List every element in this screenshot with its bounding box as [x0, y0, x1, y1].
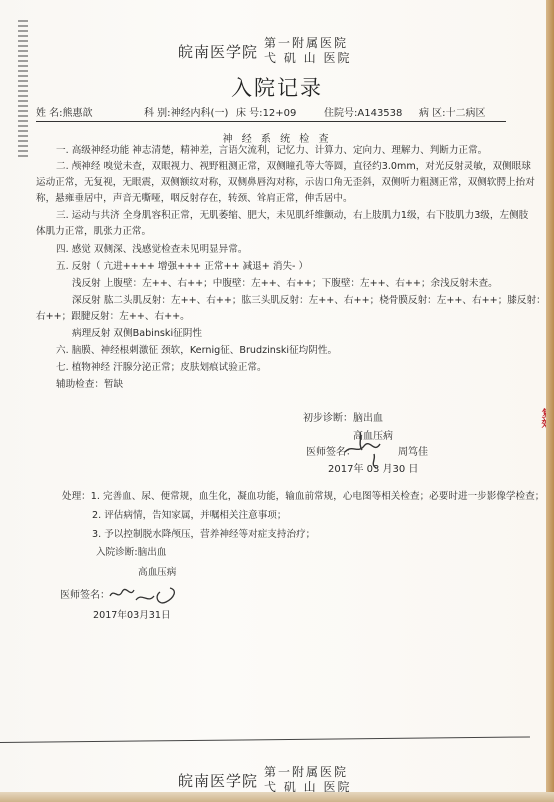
footer-hospital-names: 第一附属医院 弋 矶 山 医院	[264, 765, 351, 795]
label: 初步诊断：	[303, 413, 353, 424]
footer-header: 皖南医学院 第一附属医院 弋 矶 山 医院	[178, 765, 351, 795]
patient-info-row: 姓 名:熊惠歆 科 别:神经内科(一) 床 号:12+09 住院号:A14353…	[36, 104, 506, 122]
label: 病 区:	[419, 108, 446, 119]
signature-scribble-icon	[108, 582, 188, 612]
hospital-header: 皖南医学院 第一附属医院 弋 矶 山 医院	[178, 36, 351, 66]
label: 住院号:	[324, 108, 357, 119]
treatment-line: 处理：1. 完善血、尿、便常规，血生化，凝血功能，输血前常规，心电图等相关检查；…	[62, 490, 544, 503]
value: 12+09	[263, 108, 297, 119]
exam-line: 深反射 肱二头肌反射：左++、右++；肱三头肌反射：左++、右++；桡骨膜反射：…	[72, 294, 554, 307]
department: 科 别:神经内科(一)	[144, 104, 228, 119]
admission-date: 2017年03月31日	[93, 609, 171, 622]
value: A143538	[357, 108, 402, 119]
exam-line: 浅反射 上腹壁：左++、右++；中腹壁：左++、右++；下腹壁：左++、右++；…	[72, 277, 498, 290]
label: 入院诊断:	[96, 547, 138, 558]
treatment-line: 2. 评估病情，告知家属，并嘱相关注意事项；	[92, 509, 286, 522]
label: 医师签名：	[60, 590, 110, 601]
exam-line: 七. 植物神经 汗腺分泌正常；皮肤划痕试验正常。	[56, 361, 267, 374]
exam-line: 右++；跟腱反射：左++、右++。	[36, 310, 190, 323]
exam-line: 二. 颅神经 嗅觉未查，双眼视力、视野粗测正常，双侧瞳孔等大等圆，直径约3.0m…	[56, 160, 531, 173]
patient-name: 姓 名:熊惠歆	[36, 104, 93, 119]
exam-line: 三. 运动与共济 全身肌容积正常，无肌萎缩、肥大，未见肌纤维颤动，右上肢肌力1级…	[56, 209, 528, 222]
document-page: 皖南医学院 第一附属医院 弋 矶 山 医院 入院记录 姓 名:熊惠歆 科 别:神…	[0, 0, 546, 792]
hospital-names: 第一附属医院 弋 矶 山 医院	[264, 36, 351, 66]
bed-number: 床 号:12+09	[236, 104, 296, 119]
value: 脑出血	[138, 547, 167, 558]
ward: 病 区:十二病区	[419, 104, 486, 119]
hospital-line-2: 弋 矶 山 医院	[264, 51, 351, 66]
exam-line: 五. 反射（ 亢进++++ 增强+++ 正常++ 减退+ 消失- ）	[56, 260, 308, 273]
admission-diagnosis-2: 高血压病	[138, 566, 176, 579]
admission-signature: 医师签名：	[60, 589, 110, 602]
exam-line: 辅助检查：暂缺	[56, 378, 123, 391]
footer-hospital-line-1: 第一附属医院	[264, 765, 351, 780]
value: 十二病区	[446, 108, 486, 119]
value: 神经内科(一)	[171, 108, 229, 119]
exam-line: 运动正常，无复视，无眼震，双侧额纹对称，双侧鼻唇沟对称，示齿口角无歪斜，双侧听力…	[36, 176, 535, 189]
binding-edge	[546, 0, 554, 802]
exam-line: 病理反射 双侧Babinski征阴性	[72, 327, 202, 340]
label: 医师签名：	[306, 447, 356, 458]
hospital-line-1: 第一附属医院	[264, 36, 351, 51]
page-bottom-edge	[0, 792, 554, 802]
exam-line: 六. 脑膜、神经根刺激征 颈软，Kernig征、Brudzinski征均阴性。	[56, 344, 337, 357]
preliminary-date: 2017年 03 月30 日	[328, 463, 418, 476]
preliminary-signature: 医师签名：周笃佳	[306, 446, 428, 459]
page-title: 入院记录	[0, 72, 554, 102]
section-title: 神 经 系 统 检 查	[0, 130, 554, 145]
label: 姓 名:	[36, 108, 63, 119]
admission-diagnosis: 入院诊断:脑出血	[96, 546, 166, 559]
value: 熊惠歆	[63, 108, 93, 119]
value: 周笃佳	[398, 447, 428, 458]
school-name: 皖南医学院	[178, 41, 258, 62]
label: 床 号:	[236, 108, 263, 119]
footer-divider	[0, 736, 530, 743]
value: 1. 完善血、尿、便常规，血生化，凝血功能，输血前常规，心电图等相关检查；必要时…	[91, 491, 545, 502]
footer-school-name: 皖南医学院	[178, 770, 258, 791]
exam-line: 称，悬雍垂居中，声音无嘶哑，咽反射存在，转颈、耸肩正常，伸舌居中。	[36, 192, 353, 205]
preliminary-diagnosis-2: 高血压病	[353, 430, 393, 443]
preliminary-diagnosis: 初步诊断：脑出血	[303, 412, 383, 425]
treatment-line: 3. 予以控制脱水降颅压，营养神经等对症支持治疗；	[92, 528, 315, 541]
label: 科 别:	[144, 108, 171, 119]
exam-line: 四. 感觉 双侧深、浅感觉检查未见明显异常。	[56, 243, 247, 256]
exam-line: 一. 高级神经功能 神志清楚，精神差，言语欠流利，记忆力、计算力、定向力、理解力…	[56, 144, 487, 157]
value: 脑出血	[353, 413, 383, 424]
label: 处理：	[62, 491, 91, 502]
exam-line: 体肌力正常，肌张力正常。	[36, 225, 151, 238]
admission-number: 住院号:A143538	[324, 104, 402, 119]
